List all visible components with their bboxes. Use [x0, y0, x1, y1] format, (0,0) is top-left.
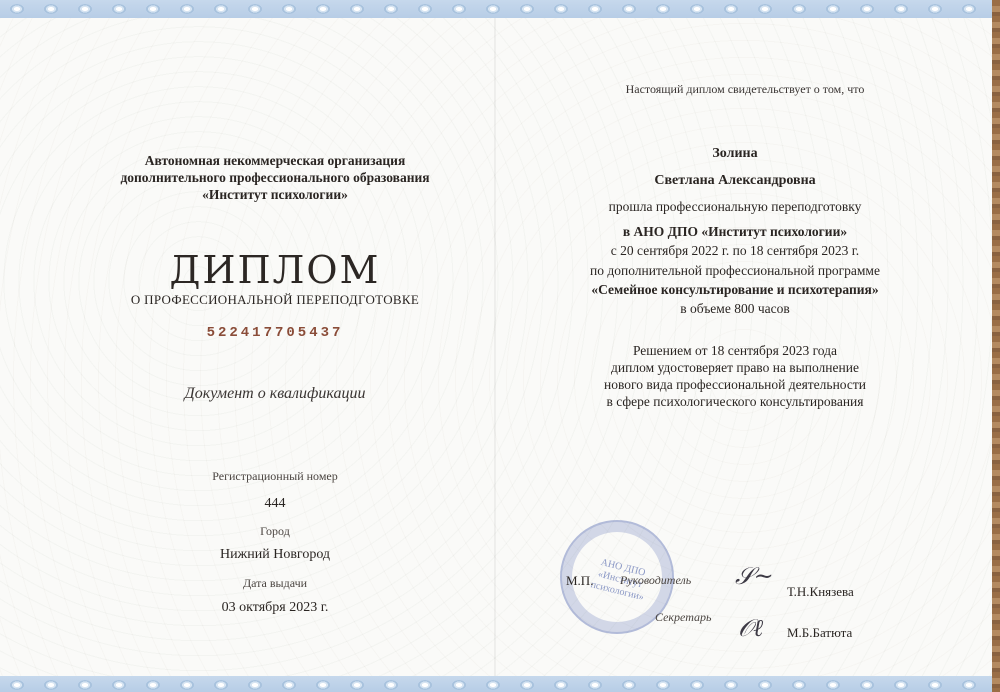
- city-value: Нижний Новгород: [60, 547, 490, 563]
- decision-text: Решением от 18 сентября 2023 года диплом…: [520, 342, 950, 410]
- registration-number: 444: [60, 496, 490, 512]
- document-type: Документ о квалификации: [60, 385, 490, 403]
- director-name: Т.Н.Князева: [787, 584, 854, 600]
- org-line-1: Автономная некоммерческая организация: [60, 152, 490, 169]
- program-volume: в объеме 800 часов: [520, 300, 950, 317]
- holder-given-names: Светлана Александровна: [520, 173, 950, 189]
- decision-line-2: диплом удостоверяет право на выполнение: [520, 359, 950, 376]
- director-role: Руководитель: [620, 573, 691, 588]
- issue-date: 03 октября 2023 г.: [60, 600, 490, 616]
- table-surface: [992, 0, 1000, 692]
- holder-surname: Золина: [520, 146, 950, 162]
- director-signature-icon: 𝒮~: [735, 562, 774, 590]
- diploma-title: ДИПЛОМ: [60, 248, 490, 292]
- decorative-border-top: [0, 0, 992, 18]
- stamp-place-label: М.П.: [566, 573, 593, 589]
- decision-line-1: Решением от 18 сентября 2023 года: [520, 342, 950, 359]
- secretary-signature-icon: 𝒪ℓ: [738, 614, 763, 643]
- decision-line-3: нового вида профессиональной деятельност…: [520, 376, 950, 393]
- diploma-subtitle: О ПРОФЕССИОНАЛЬНОЙ ПЕРЕПОДГОТОВКЕ: [60, 292, 490, 308]
- serial-number: 522417705437: [60, 325, 490, 341]
- intro-text: Настоящий диплом свидетельствует о том, …: [540, 82, 950, 97]
- issue-date-label: Дата выдачи: [60, 576, 490, 591]
- org-line-2: дополнительного профессионального образо…: [60, 169, 490, 186]
- secretary-role: Секретарь: [655, 610, 711, 625]
- city-label: Город: [60, 524, 490, 539]
- diploma-sheet: Автономная некоммерческая организация до…: [0, 0, 992, 692]
- page-fold: [494, 18, 496, 676]
- decision-line-4: в сфере психологического консультировани…: [520, 393, 950, 410]
- program-intro: по дополнительной профессиональной прогр…: [520, 262, 950, 279]
- institution-text: в АНО ДПО «Институт психологии»: [520, 223, 950, 240]
- program-name: «Семейное консультирование и психотерапи…: [520, 281, 950, 298]
- passed-text: прошла профессиональную переподготовку: [520, 198, 950, 215]
- organization-name: Автономная некоммерческая организация до…: [60, 152, 490, 203]
- decorative-border-bottom: [0, 676, 992, 692]
- study-period: с 20 сентября 2022 г. по 18 сентября 202…: [520, 242, 950, 259]
- secretary-name: М.Б.Батюта: [787, 625, 852, 641]
- registration-label: Регистрационный номер: [60, 469, 490, 484]
- org-line-3: «Институт психологии»: [60, 186, 490, 203]
